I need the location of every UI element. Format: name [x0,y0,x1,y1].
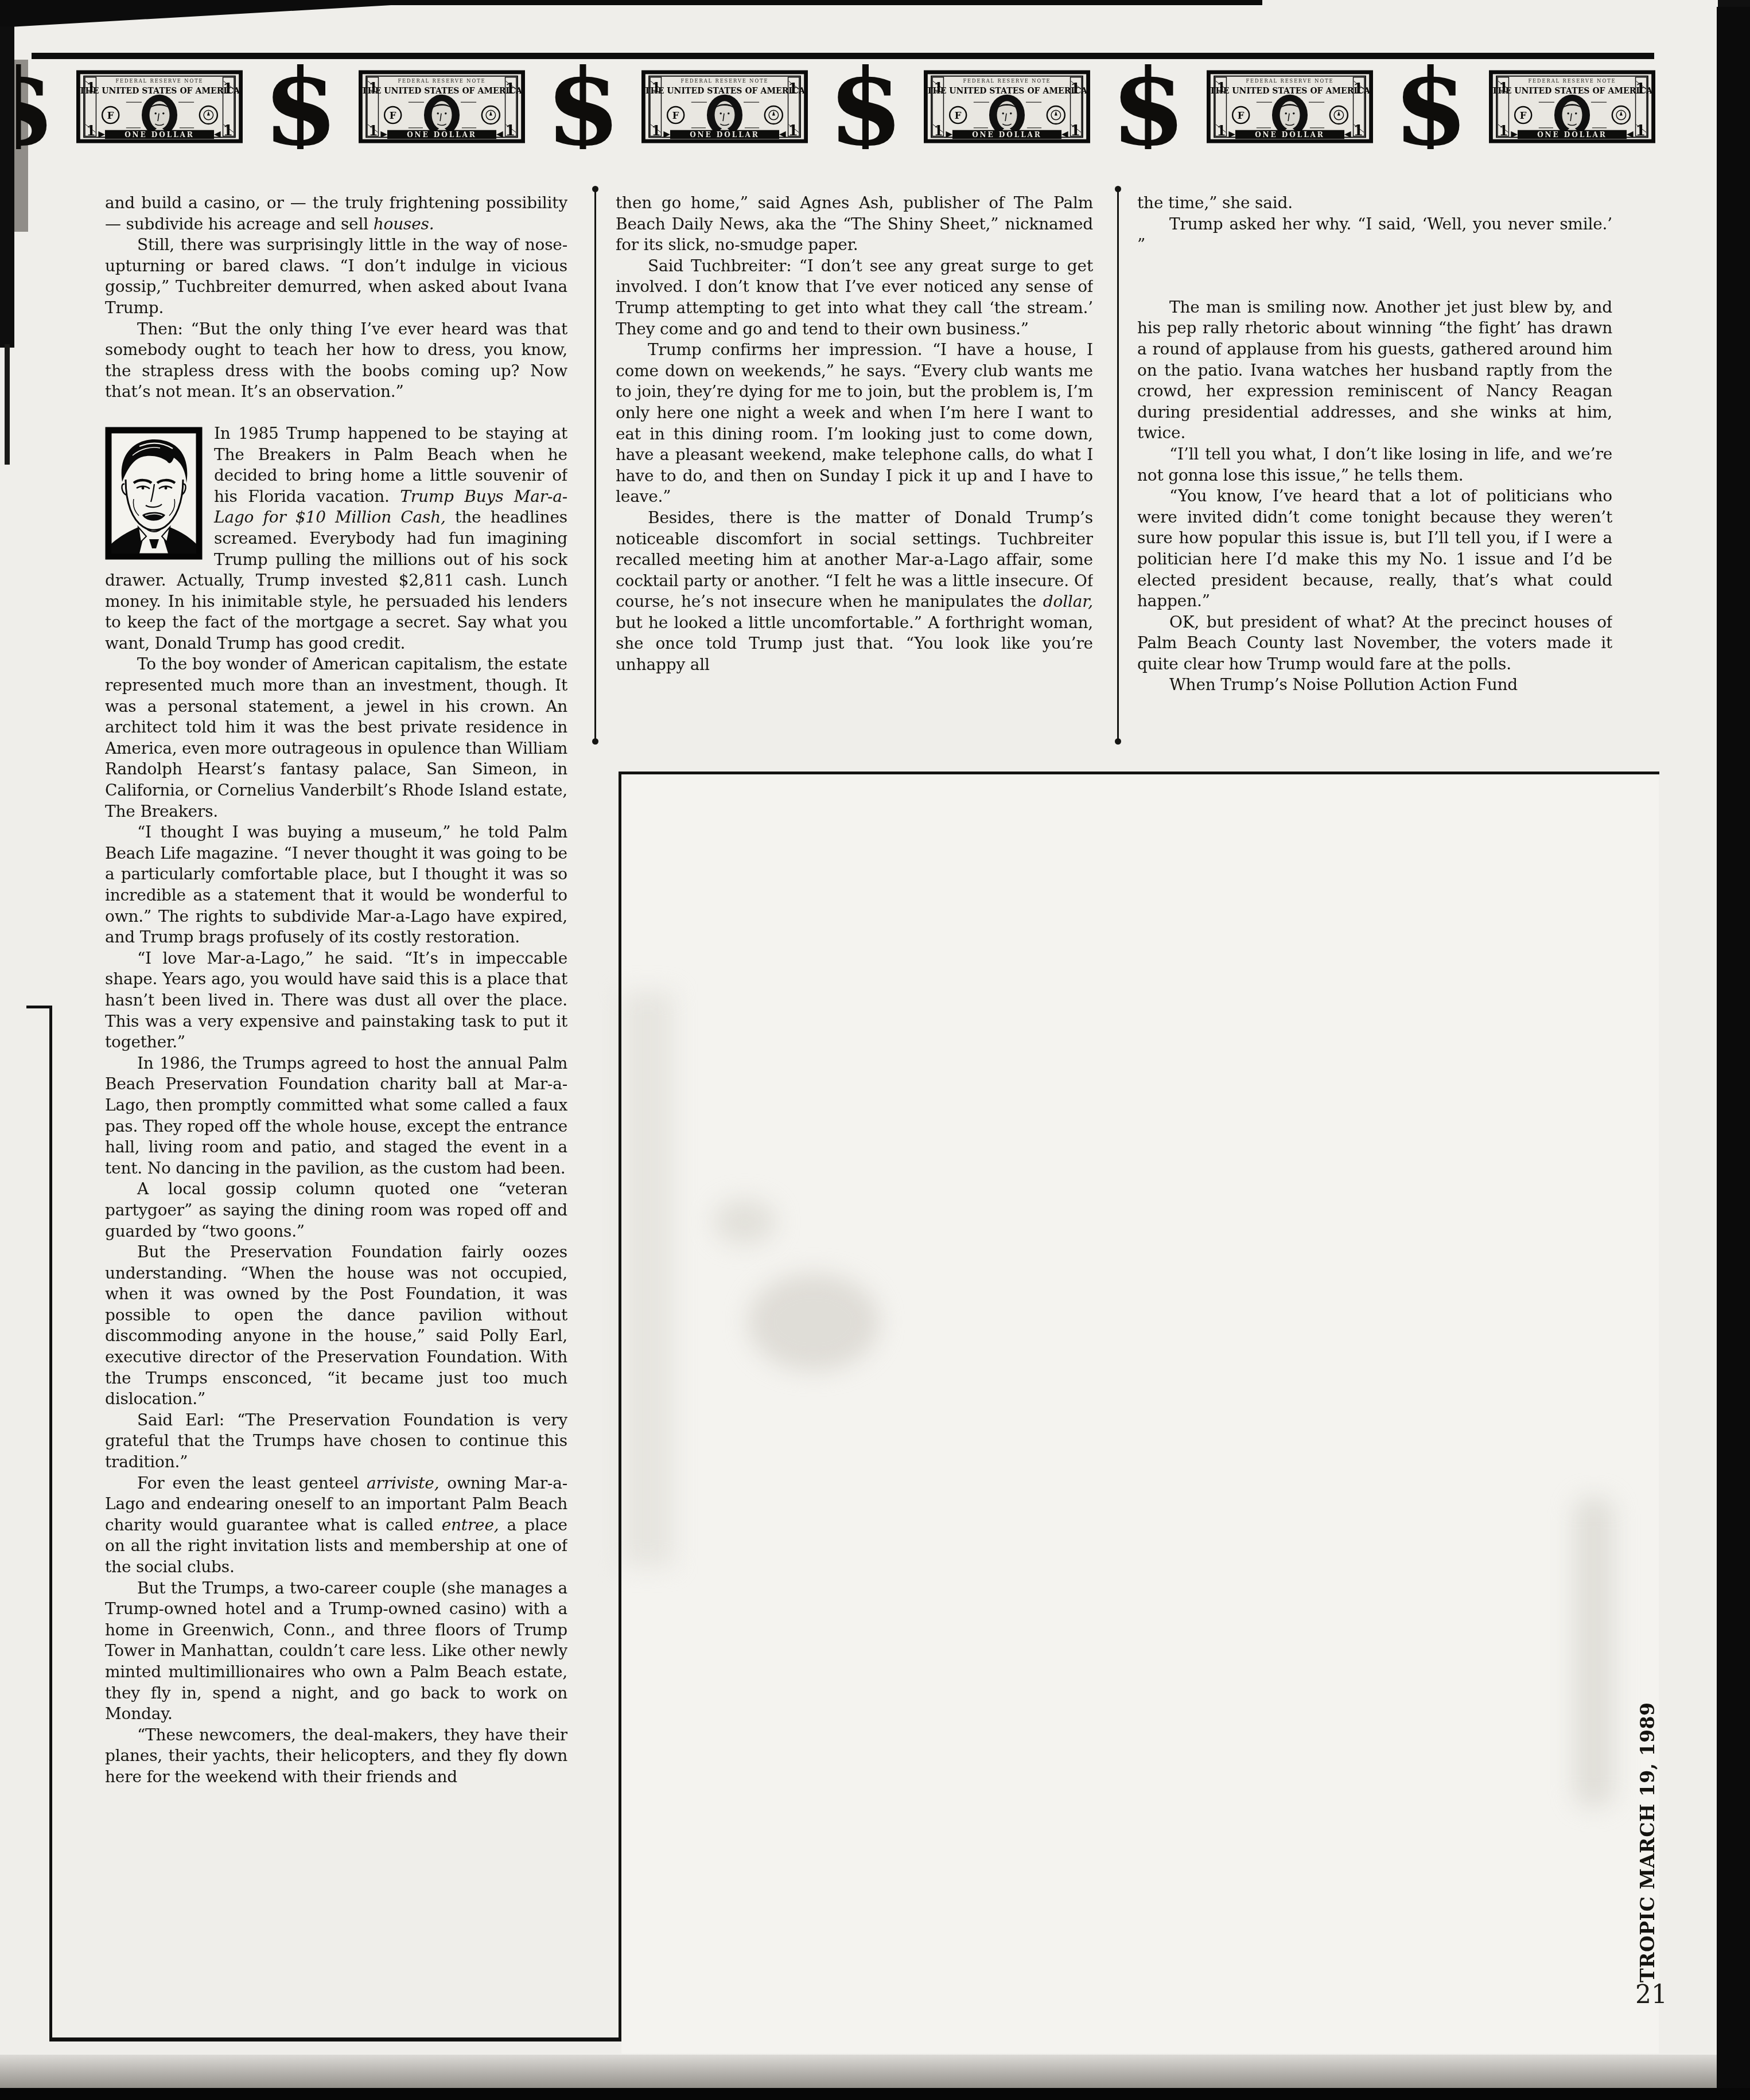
svg-text:1: 1 [505,122,516,139]
svg-text:1: 1 [86,80,95,96]
bill-top-label: FEDERAL RESERVE NOTE [963,78,1051,84]
dollar-sign-glyph: $ [263,64,338,149]
text-column-3: the time,” she said. Trump asked her why… [1137,193,1612,759]
scan-artifact-right-bar [1717,7,1750,2100]
photo-box-top-border [619,772,1659,774]
bill-top-label: FEDERAL RESERVE NOTE [115,78,203,84]
magazine-footer-vertical: TROPIC MARCH 19, 1989 [1636,1780,1660,1982]
svg-text:1: 1 [223,80,233,97]
text-column-1: and build a casino, or — the truly frigh… [105,193,567,2043]
dollar-bill-icon: FEDERAL RESERVE NOTE THE UNITED STATES O… [1206,70,1374,143]
paragraph: When Trump’s Noise Pollution Action Fund [1137,675,1612,696]
paragraph: OK, but president of what? At the precin… [1137,612,1612,675]
paragraph: To the boy wonder of American capitalism… [105,654,567,822]
column-divider [594,191,596,739]
bill-bottom-label: ONE DOLLAR [1537,131,1607,139]
bill-title: THE UNITED STATES OF AMERICA [361,87,523,96]
svg-text:1: 1 [505,80,516,97]
page-frame-left [49,1006,52,2041]
bill-top-label: FEDERAL RESERVE NOTE [1528,78,1616,84]
banner-top-rule [32,53,1654,59]
svg-text:1: 1 [223,122,233,139]
paragraph: A local gossip column quoted one “vetera… [105,1179,567,1242]
bill-top-label: FEDERAL RESERVE NOTE [398,78,486,84]
bill-seal-letter: F [955,110,962,121]
paragraph: But the Preservation Foundation fairly o… [105,1242,567,1410]
dollar-sign-glyph: $ [16,64,56,149]
svg-text:1: 1 [934,123,943,139]
svg-text:1: 1 [934,80,943,96]
paragraph: and build a casino, or — the truly frigh… [105,193,567,235]
svg-text:1: 1 [369,123,378,139]
paragraph: “I thought I was buying a museum,” he to… [105,822,567,948]
text-column-2: then go home,” said Agnes Ash, publisher… [616,193,1093,745]
svg-text:1: 1 [1635,80,1646,97]
paragraph: Besides, there is the matter of Donald T… [616,508,1093,676]
svg-text:1: 1 [1071,80,1081,97]
paragraph: In 1986, the Trumps agreed to host the a… [105,1053,567,1179]
paragraph: Trump confirms her impression. “I have a… [616,340,1093,508]
paragraph: “I love Mar-a-Lago,” he said. “It’s in i… [105,948,567,1053]
dollar-sign-glyph: $ [1111,64,1186,149]
paragraph: Trump asked her why. “I said, ‘Well, you… [1137,214,1612,256]
svg-text:1: 1 [369,80,378,96]
paragraph: The man is smiling now. Another jet just… [1137,297,1612,444]
svg-text:1: 1 [1499,123,1508,139]
scan-smudge [713,1199,776,1245]
scan-artifact-left-bar [0,26,14,348]
scan-smudge [748,1273,880,1371]
paragraph: But the Trumps, a two-career couple (she… [105,1578,567,1725]
dollar-bill-icon: FEDERAL RESERVE NOTE THE UNITED STATES O… [641,70,808,143]
bill-seal-letter: F [1237,110,1244,121]
svg-text:1: 1 [651,80,660,96]
bill-bottom-label: ONE DOLLAR [125,131,195,139]
column-divider [1117,191,1119,739]
svg-text:1: 1 [788,80,798,97]
scan-artifact-bottom-shadow [0,2055,1717,2090]
svg-text:1: 1 [651,123,660,139]
bill-top-label: FEDERAL RESERVE NOTE [680,78,768,84]
paragraph: For even the least genteel arriviste, ow… [105,1473,567,1578]
bill-seal-letter: F [1520,110,1527,121]
paragraph: “I’ll tell you what, I don’t like losing… [1137,444,1612,486]
paragraph: Still, there was surprisingly little in … [105,235,567,318]
bill-seal-letter: F [672,110,679,121]
paragraph: Said Tuchbreiter: “I don’t see any great… [616,256,1093,340]
svg-text:1: 1 [1499,80,1508,96]
scanned-magazine-page: $ FEDERAL RESERVE NOTE THE UNITED STATES… [0,0,1750,2100]
bill-title: THE UNITED STATES OF AMERICA [79,87,240,96]
page-frame-tick [26,1006,52,1008]
photo-placeholder-box [621,774,1659,2054]
dollar-bill-icon: FEDERAL RESERVE NOTE THE UNITED STATES O… [923,70,1091,143]
dollar-bill-icon: FEDERAL RESERVE NOTE THE UNITED STATES O… [1488,70,1656,143]
paragraph: “You know, I’ve heard that a lot of poli… [1137,486,1612,612]
svg-text:1: 1 [1071,122,1081,139]
dollar-sign-glyph: $ [828,64,903,149]
scan-artifact-top-wedge [0,2,442,28]
photo-box-left-border [619,772,621,2040]
dollar-bill-icon: FEDERAL RESERVE NOTE THE UNITED STATES O… [358,70,526,143]
paragraph: Then: “But the only thing I’ve ever hear… [105,319,567,403]
svg-text:1: 1 [1353,122,1363,139]
scan-smudge [1574,1497,1614,1807]
svg-text:1: 1 [1635,122,1646,139]
page-number: 21 [1635,1980,1667,2009]
svg-text:1: 1 [788,122,798,139]
paragraph: the time,” she said. [1137,193,1612,214]
bill-top-label: FEDERAL RESERVE NOTE [1246,78,1333,84]
bill-bottom-label: ONE DOLLAR [690,131,760,139]
svg-text:1: 1 [86,123,95,139]
scan-artifact-left-bar2 [5,344,10,465]
bill-bottom-label: ONE DOLLAR [972,131,1042,139]
bill-title: THE UNITED STATES OF AMERICA [1210,87,1371,96]
scan-smudge [621,992,673,1566]
paragraph: Said Earl: “The Preservation Foundation … [105,1410,567,1473]
trump-portrait-illustration [105,427,203,560]
dollar-bill-banner: $ FEDERAL RESERVE NOTE THE UNITED STATES… [16,64,1656,149]
bill-bottom-label: ONE DOLLAR [407,131,477,139]
bill-seal-letter: F [107,110,114,121]
dollar-sign-glyph: $ [546,64,621,149]
bill-bottom-label: ONE DOLLAR [1255,131,1325,139]
bill-title: THE UNITED STATES OF AMERICA [644,87,806,96]
scan-artifact-bottom-bar [0,2088,1750,2100]
paragraph: “These newcomers, the deal-makers, they … [105,1725,567,1788]
paragraph: In 1985 Trump happened to be staying at … [105,423,567,654]
svg-text:1: 1 [1353,80,1363,97]
bill-title: THE UNITED STATES OF AMERICA [1492,87,1653,96]
paragraph: then go home,” said Agnes Ash, publisher… [616,193,1093,256]
dollar-sign-glyph: $ [1393,64,1468,149]
bill-title: THE UNITED STATES OF AMERICA [927,87,1088,96]
bill-seal-letter: F [390,110,396,121]
svg-text:1: 1 [1216,123,1226,139]
dollar-bill-icon: FEDERAL RESERVE NOTE THE UNITED STATES O… [76,70,243,143]
svg-text:1: 1 [1216,80,1226,96]
